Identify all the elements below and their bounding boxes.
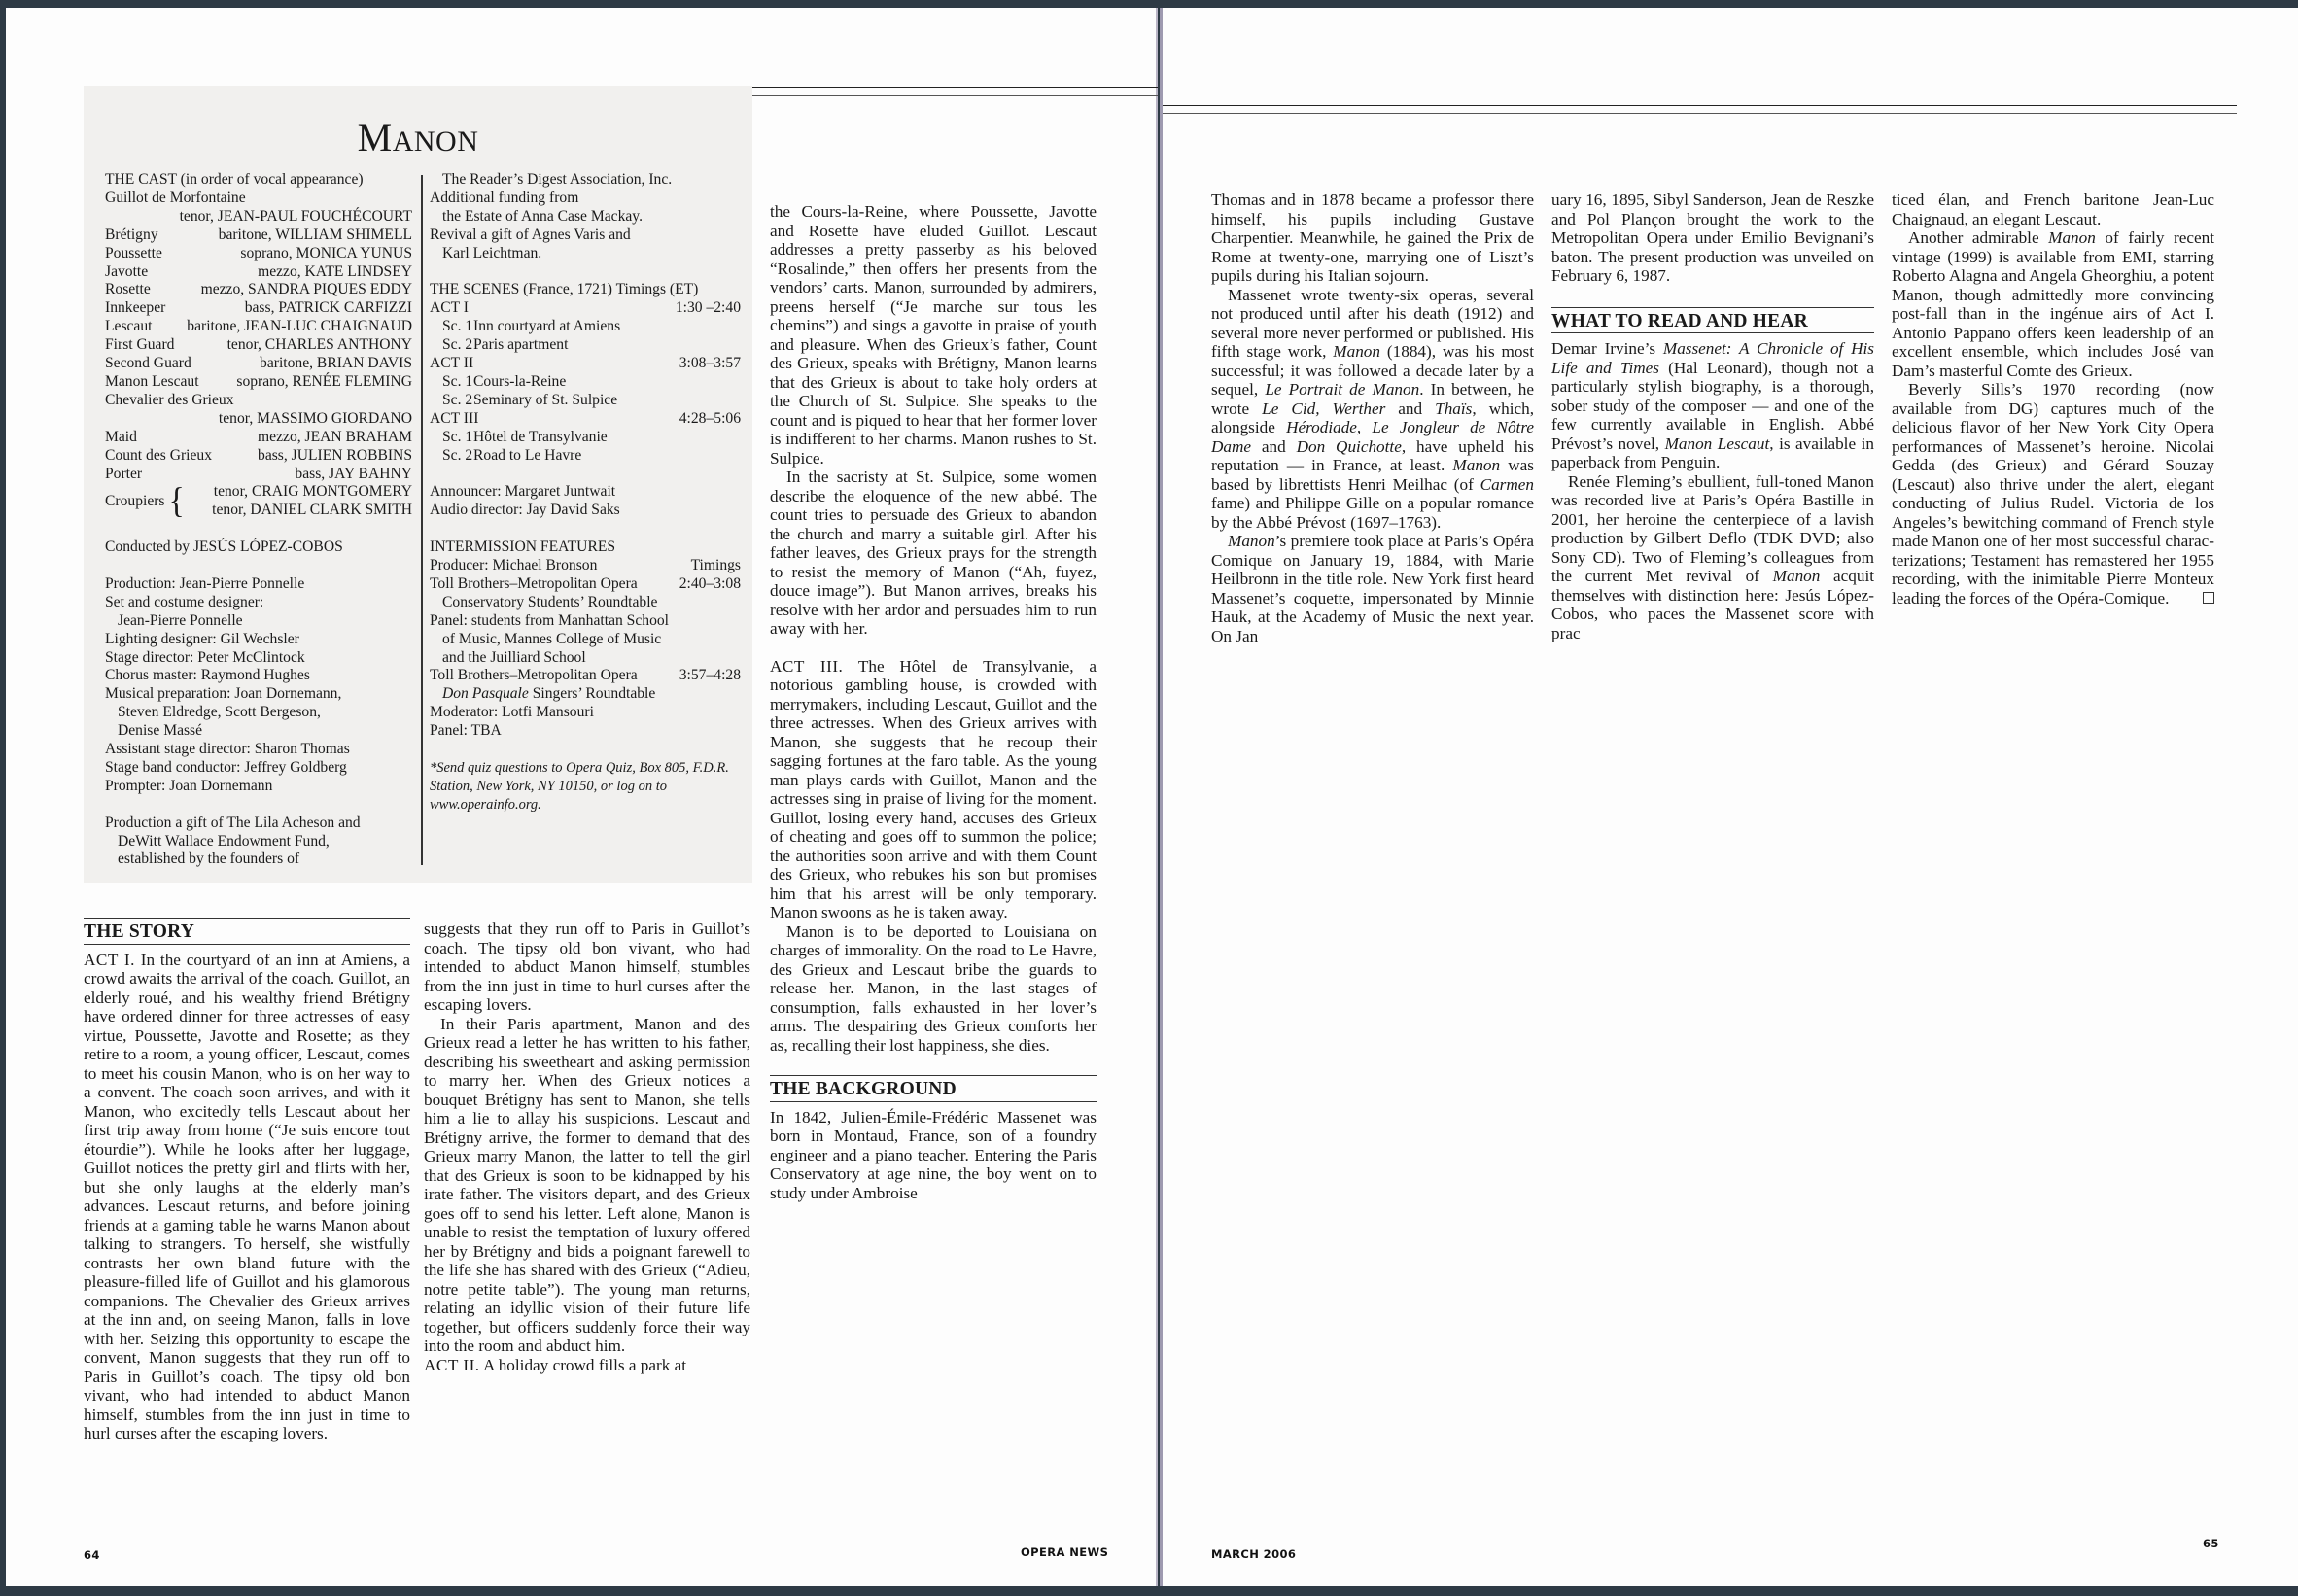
section-heading-story: THE STORY	[84, 918, 410, 945]
story-act2-paragraph-2: In the sacristy at St. Sulpice, some wom…	[770, 468, 1097, 639]
background-paragraph-1-start: In 1842, Julien-Émile-Frédéric Massenet …	[770, 1108, 1097, 1203]
production-credit: Lighting designer: Gil Wechsler	[105, 631, 412, 649]
gift-credit: Additional funding from	[430, 190, 741, 208]
story-act3-paragraph-2: Manon is to be deported to Louisiana on …	[770, 922, 1097, 1056]
story-act1-continuation: suggests that they run off to Paris in G…	[424, 919, 750, 1015]
scene-row: Sc. 2Road to Le Havre	[430, 447, 741, 466]
feature-row: Toll Brothers–Metropolitan Opera3:57–4:2…	[430, 667, 741, 685]
story-column-1: THE STORY ACT I. In the courtyard of an …	[84, 918, 410, 1519]
scene-number: Sc. 2	[442, 336, 473, 355]
scene-name: Cours-la-Reine	[473, 373, 566, 392]
background-paragraph-3-continuation: uary 16, 1895, Sibyl Sanderson, Jean de …	[1551, 191, 1874, 286]
panel-credit: Panel: TBA	[430, 722, 741, 741]
scene-row: Sc. 1Cours-la-Reine	[430, 373, 741, 392]
act-row: ACT I1:30 –2:40	[430, 299, 741, 318]
scenes-heading: THE SCENES (France, 1721) Timings (ET)	[430, 281, 741, 299]
brace-icon: {	[169, 484, 185, 520]
act-timing: 1:30 –2:40	[676, 299, 741, 318]
feature-timing: 3:57–4:28	[679, 667, 741, 685]
scene-row: Sc. 2Paris apartment	[430, 336, 741, 355]
header-double-rule	[1163, 105, 2237, 114]
cast-box: MANON THE CAST (in order of vocal appear…	[84, 86, 752, 883]
cast-singer: soprano, RENÉE FLEMING	[236, 373, 412, 392]
audio-director-credit: Audio director: Jay David Saks	[430, 502, 741, 520]
opera-title: MANON	[84, 115, 752, 160]
scene-number: Sc. 1	[442, 373, 473, 392]
story-act2-paragraph: ACT II. A holiday crowd fills a park at	[424, 1356, 750, 1375]
column-divider	[421, 175, 423, 865]
read-hear-paragraph-3: Another admirable Manon of fairly recent…	[1892, 228, 2214, 380]
scene-number: Sc. 2	[442, 447, 473, 466]
act-timing: 3:08–3:57	[679, 355, 741, 373]
production-credit: Musical preparation: Joan Dornemann,	[105, 685, 412, 704]
feature-subtitle: Don Pasquale Singers’ Roundtable	[430, 685, 741, 704]
production-credit: Jean-Pierre Ponnelle	[105, 612, 412, 631]
story-column-3: the Cours-la-Reine, where Poussette, Jav…	[770, 202, 1097, 1495]
production-credit: Steven Eldredge, Scott Bergeson,	[105, 704, 412, 722]
cast-heading: THE CAST (in order of vocal appearance)	[105, 171, 412, 190]
cast-singer: mezzo, KATE LINDSEY	[258, 263, 412, 282]
scene-number: Sc. 2	[442, 392, 473, 410]
scene-name: Hôtel de Transylvanie	[473, 429, 608, 447]
cast-role: Second Guard	[105, 355, 191, 373]
right-page: Thomas and in 1878 became a professor th…	[1160, 8, 2298, 1586]
cast-row: Innkeeperbass, PATRICK CARFIZZI	[105, 299, 412, 318]
cast-row: First Guardtenor, CHARLES ANTHONY	[105, 336, 412, 355]
feature-row: Toll Brothers–Metropolitan Opera2:40–3:0…	[430, 575, 741, 594]
section-heading-read-hear: WHAT TO READ AND HEAR	[1551, 307, 1874, 334]
production-credit: Denise Massé	[105, 722, 412, 741]
producer-credit: Producer: Michael Bronson	[430, 557, 597, 575]
background-paragraph-2: Massenet wrote twenty-six operas, sever­…	[1211, 286, 1534, 533]
scene-row: Sc. 1Inn courtyard at Amiens	[430, 318, 741, 336]
scene-row: Sc. 2Seminary of St. Sulpice	[430, 392, 741, 410]
conductor-credit: Conducted by JESÚS LÓPEZ-COBOS	[105, 538, 412, 557]
read-hear-paragraph-2-continuation: ticed élan, and French baritone Jean-Luc…	[1892, 191, 2214, 228]
story-column-2-text: suggests that they run off to Paris in G…	[424, 919, 750, 1527]
production-credit: Set and costume designer:	[105, 594, 412, 612]
cast-row: Maidmezzo, JEAN BRAHAM	[105, 429, 412, 447]
cast-role: First Guard	[105, 336, 174, 355]
read-hear-column-2: ticed élan, and French baritone Jean-Luc…	[1892, 191, 2214, 1512]
cast-singer: tenor, CHARLES ANTHONY	[227, 336, 412, 355]
cast-row: Poussettesoprano, MONICA YUNUS	[105, 245, 412, 263]
cast-singer: tenor, CRAIG MONTGOMERY	[189, 483, 412, 502]
cast-row: Count des Grieuxbass, JULIEN ROBBINS	[105, 447, 412, 466]
cast-row: Rosettemezzo, SANDRA PIQUES EDDY	[105, 281, 412, 299]
cast-singer: bass, JAY BAHNY	[295, 466, 412, 484]
act-label: ACT III	[430, 410, 478, 429]
cast-row: Lescautbaritone, JEAN-LUC CHAIGNAUD	[105, 318, 412, 336]
background-paragraph-3: Manon’s premiere took place at Paris’s O…	[1211, 532, 1534, 645]
croupier-singers: tenor, CRAIG MONTGOMERY tenor, DANIEL CL…	[189, 483, 412, 520]
scene-name: Paris apartment	[473, 336, 568, 355]
cast-role: Porter	[105, 466, 142, 484]
cast-row: Brétignybaritone, WILLIAM SHIMELL	[105, 226, 412, 245]
scene-number: Sc. 1	[442, 318, 473, 336]
feature-timing: 2:40–3:08	[679, 575, 741, 594]
cast-role: Poussette	[105, 245, 162, 263]
gift-credit: The Reader’s Digest Association, Inc.	[430, 171, 741, 190]
quiz-note: *Send quiz questions to Opera Quiz, Box …	[430, 759, 741, 815]
cast-role: Count des Grieux	[105, 447, 212, 466]
intermission-heading: INTERMISSION FEATURES	[430, 538, 741, 557]
cast-singer: tenor, MASSIMO GIORDANO	[105, 410, 412, 429]
act-timing: 4:28–5:06	[679, 410, 741, 429]
feature-panel: Panel: students from Manhattan School	[430, 612, 741, 631]
story-act2-continuation: the Cours-la-Reine, where Poussette, Jav…	[770, 202, 1097, 468]
gift-credit: the Estate of Anna Case Mackay.	[430, 208, 741, 226]
gift-credit: DeWitt Wallace Endowment Fund,	[105, 833, 412, 851]
cast-singer: baritone, WILLIAM SHIMELL	[219, 226, 412, 245]
scene-name: Road to Le Havre	[473, 447, 581, 466]
act-row: ACT III4:28–5:06	[430, 410, 741, 429]
cast-role: Chevalier des Grieux	[105, 392, 412, 410]
cast-singer: mezzo, JEAN BRAHAM	[258, 429, 412, 447]
gift-credit: established by the founders of	[105, 850, 412, 869]
cast-singer: bass, JULIEN ROBBINS	[258, 447, 412, 466]
cast-singer: baritone, BRIAN DAVIS	[260, 355, 412, 373]
cast-role: Javotte	[105, 263, 148, 282]
cast-singer: bass, PATRICK CARFIZZI	[245, 299, 412, 318]
cast-role: Croupiers	[105, 493, 165, 511]
scene-number: Sc. 1	[442, 429, 473, 447]
cast-row: Javottemezzo, KATE LINDSEY	[105, 263, 412, 282]
cast-role: Maid	[105, 429, 137, 447]
page-number-left: 64	[84, 1548, 100, 1562]
gift-credit: Karl Leichtman.	[430, 245, 741, 263]
cast-singer: tenor, DANIEL CLARK SMITH	[189, 502, 412, 520]
background-column-1: Thomas and in 1878 became a professor th…	[1211, 191, 1534, 1512]
cast-column-left: THE CAST (in order of vocal appearance) …	[105, 171, 412, 869]
cast-singer: soprano, MONICA YUNUS	[240, 245, 412, 263]
end-of-article-box-icon	[2203, 592, 2214, 604]
cast-role: Guillot de Morfontaine	[105, 190, 412, 208]
scene-row: Sc. 1Hôtel de Transylvanie	[430, 429, 741, 447]
feature-panel: and the Juilliard School	[430, 649, 741, 668]
page-number-right: 65	[2203, 1537, 2219, 1550]
feature-title: Toll Brothers–Metropolitan Opera	[430, 575, 638, 594]
production-credit: Production: Jean-Pierre Ponnelle	[105, 575, 412, 594]
production-credit: Prompter: Joan Dornemann	[105, 778, 412, 796]
scene-name: Seminary of St. Sulpice	[473, 392, 617, 410]
production-credit: Stage band conductor: Jeffrey Goldberg	[105, 759, 412, 778]
header-double-rule	[751, 87, 1158, 96]
footer-issue-date: MARCH 2006	[1211, 1547, 1296, 1561]
cast-row: Second Guardbaritone, BRIAN DAVIS	[105, 355, 412, 373]
production-credit: Chorus master: Raymond Hughes	[105, 667, 412, 685]
read-hear-column: uary 16, 1895, Sibyl Sanderson, Jean de …	[1551, 191, 1874, 1512]
story-act1-paragraph-2: In their Paris apartment, Manon and des …	[424, 1015, 750, 1356]
cast-column-right: The Reader’s Digest Association, Inc. Ad…	[430, 171, 741, 815]
producer-row: Producer: Michael BronsonTimings	[430, 557, 741, 575]
gift-credit: Revival a gift of Agnes Varis and	[430, 226, 741, 245]
footer-publication-name: OPERA NEWS	[1021, 1545, 1108, 1559]
act-label: ACT I	[430, 299, 469, 318]
read-hear-paragraph-2: Renée Fleming’s ebullient, full-toned Ma…	[1551, 472, 1874, 643]
cast-singer: tenor, JEAN-PAUL FOUCHÉCOURT	[105, 208, 412, 226]
moderator-credit: Moderator: Lotfi Mansouri	[430, 704, 741, 722]
section-heading-background: THE BACKGROUND	[770, 1075, 1097, 1102]
feature-subtitle: Conservatory Students’ Roundtable	[430, 594, 741, 612]
read-hear-paragraph-1: Demar Irvine’s Massenet: A Chronicle of …	[1551, 339, 1874, 472]
announcer-credit: Announcer: Margaret Juntwait	[430, 483, 741, 502]
act-row: ACT II3:08–3:57	[430, 355, 741, 373]
cast-role: Lescaut	[105, 318, 153, 336]
feature-panel: of Music, Mannes College of Music	[430, 631, 741, 649]
scene-name: Inn courtyard at Amiens	[473, 318, 620, 336]
cast-role: Brétigny	[105, 226, 158, 245]
story-act1-paragraph: ACT I. In the courtyard of an inn at Ami…	[84, 951, 410, 1519]
story-act3-paragraph: ACT III. The Hôtel de Transylvanie, a no…	[770, 657, 1097, 922]
cast-row: Manon Lescautsoprano, RENÉE FLEMING	[105, 373, 412, 392]
cast-role: Rosette	[105, 281, 151, 299]
left-page: MANON THE CAST (in order of vocal appear…	[6, 8, 1158, 1586]
production-credit: Stage director: Peter McClintock	[105, 649, 412, 668]
background-paragraph-1-continuation: Thomas and in 1878 became a professor th…	[1211, 191, 1534, 286]
act-label: ACT II	[430, 355, 473, 373]
timings-label: Timings	[691, 557, 741, 575]
cast-row: Porterbass, JAY BAHNY	[105, 466, 412, 484]
croupiers-row: Croupiers { tenor, CRAIG MONTGOMERY teno…	[105, 483, 412, 520]
cast-role: Manon Lescaut	[105, 373, 199, 392]
cast-singer: baritone, JEAN-LUC CHAIGNAUD	[187, 318, 412, 336]
cast-singer: mezzo, SANDRA PIQUES EDDY	[201, 281, 412, 299]
gift-credit: Production a gift of The Lila Acheson an…	[105, 815, 412, 833]
read-hear-paragraph-4: Beverly Sills’s 1970 recording (now avai…	[1892, 380, 2214, 607]
feature-title: Toll Brothers–Metropolitan Opera	[430, 667, 638, 685]
cast-role: Innkeeper	[105, 299, 165, 318]
production-credit: Assistant stage director: Sharon Thomas	[105, 741, 412, 759]
